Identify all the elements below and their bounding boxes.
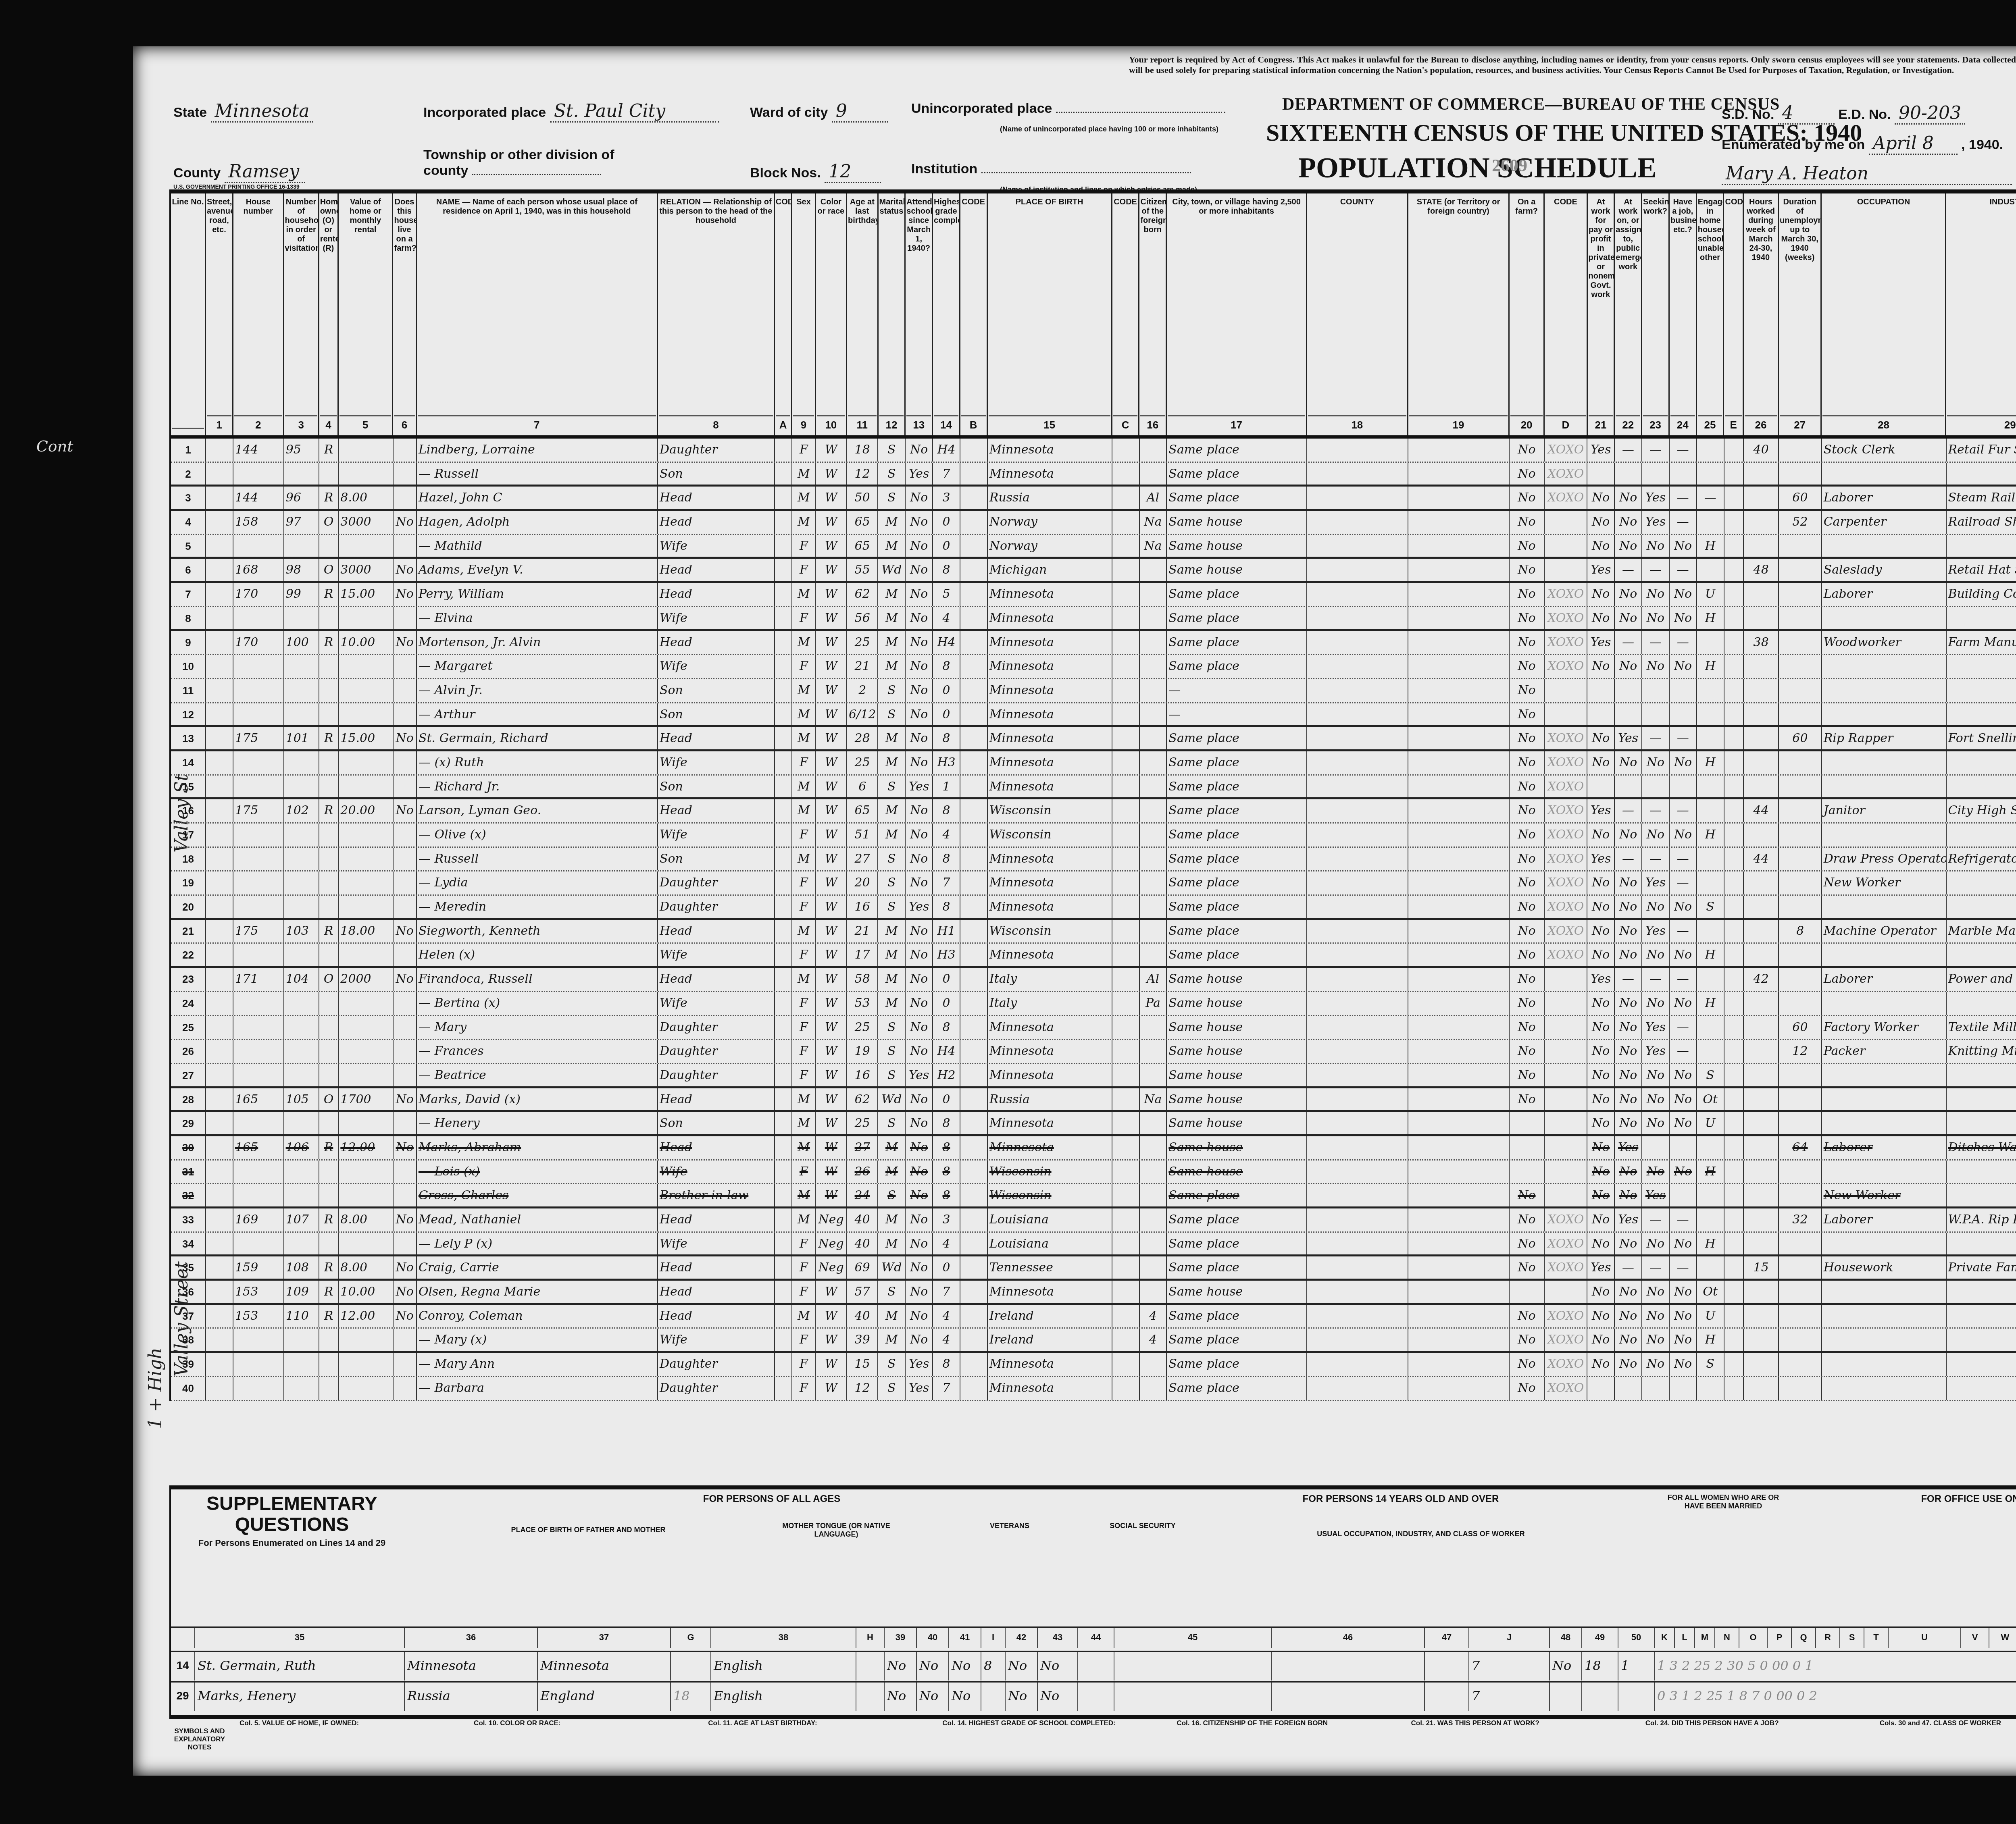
- cell-w21[interactable]: No: [1587, 1040, 1615, 1063]
- cell-w25[interactable]: [1697, 848, 1724, 871]
- cell-marital[interactable]: M: [878, 1233, 906, 1255]
- cell-w21[interactable]: No: [1587, 992, 1615, 1015]
- cell-w21[interactable]: No: [1587, 1329, 1615, 1351]
- cell-unemp[interactable]: [1779, 968, 1822, 991]
- cell-farm[interactable]: [394, 535, 417, 557]
- supp-cell-m48[interactable]: [1550, 1683, 1582, 1711]
- cell-birth[interactable]: Russia: [988, 1088, 1112, 1111]
- cell-race[interactable]: W: [816, 727, 847, 749]
- cell-hh[interactable]: 95: [284, 439, 319, 462]
- cell-res-farm[interactable]: No: [1510, 1064, 1545, 1086]
- cell-b[interactable]: [960, 679, 988, 702]
- cell-marital[interactable]: M: [878, 631, 906, 654]
- cell-w24[interactable]: —: [1670, 968, 1697, 991]
- cell-b[interactable]: [960, 992, 988, 1015]
- cell-name[interactable]: — Lydia: [417, 871, 658, 894]
- cell-cit[interactable]: [1140, 679, 1167, 702]
- cell-w24[interactable]: No: [1670, 1112, 1697, 1134]
- cell-grade[interactable]: 8: [933, 1184, 960, 1206]
- cell-w22[interactable]: No: [1615, 871, 1642, 894]
- cell-race[interactable]: W: [816, 679, 847, 702]
- cell-c[interactable]: [1112, 848, 1140, 871]
- cell-unemp[interactable]: [1779, 1064, 1822, 1086]
- cell-sex[interactable]: F: [792, 1064, 816, 1086]
- cell-industry[interactable]: [1947, 896, 2016, 918]
- cell-name[interactable]: — Elvina: [417, 607, 658, 629]
- cell-cit[interactable]: [1140, 727, 1167, 749]
- cell-value[interactable]: [339, 992, 393, 1015]
- cell-marital[interactable]: M: [878, 1161, 906, 1183]
- cell-w22[interactable]: No: [1615, 1353, 1642, 1376]
- cell-birth[interactable]: Minnesota: [988, 1136, 1112, 1159]
- cell-w25[interactable]: H: [1697, 944, 1724, 966]
- cell-w21[interactable]: No: [1587, 655, 1615, 678]
- cell-b[interactable]: [960, 1088, 988, 1111]
- cell-marital[interactable]: M: [878, 535, 906, 557]
- cell-value[interactable]: 1700: [339, 1088, 393, 1111]
- cell-c[interactable]: [1112, 583, 1140, 606]
- cell-race[interactable]: W: [816, 1136, 847, 1159]
- cell-res-farm[interactable]: No: [1510, 968, 1545, 991]
- cell-w24[interactable]: No: [1670, 655, 1697, 678]
- cell-d[interactable]: XOXO: [1545, 824, 1587, 846]
- cell-industry[interactable]: Railroad Shops: [1947, 511, 2016, 534]
- cell-farm[interactable]: No: [394, 1305, 417, 1328]
- cell-c[interactable]: [1112, 511, 1140, 534]
- cell-res-farm[interactable]: No: [1510, 1088, 1545, 1111]
- cell-c[interactable]: [1112, 487, 1140, 509]
- supp-cell-s42[interactable]: No: [1006, 1683, 1038, 1711]
- cell-own[interactable]: R: [319, 439, 339, 462]
- cell-w25[interactable]: [1697, 1208, 1724, 1231]
- cell-d[interactable]: [1545, 511, 1587, 534]
- cell-res-state[interactable]: [1408, 1208, 1510, 1231]
- cell-res-city[interactable]: Same place: [1167, 920, 1307, 943]
- cell-c[interactable]: [1112, 992, 1140, 1015]
- cell-value[interactable]: 15.00: [339, 727, 393, 749]
- cell-school[interactable]: No: [906, 944, 933, 966]
- cell-res-county[interactable]: [1307, 1208, 1408, 1231]
- cell-hours[interactable]: [1744, 824, 1779, 846]
- cell-a[interactable]: [775, 1329, 793, 1351]
- cell-res-city[interactable]: Same house: [1167, 1136, 1307, 1159]
- cell-hours[interactable]: [1744, 751, 1779, 774]
- cell-cit[interactable]: [1140, 1353, 1167, 1376]
- cell-farm[interactable]: [394, 487, 417, 509]
- cell-w22[interactable]: —: [1615, 968, 1642, 991]
- cell-d[interactable]: [1545, 968, 1587, 991]
- cell-unemp[interactable]: [1779, 703, 1822, 726]
- cell-res-state[interactable]: [1408, 968, 1510, 991]
- cell-b[interactable]: [960, 607, 988, 629]
- cell-farm[interactable]: [394, 751, 417, 774]
- cell-e[interactable]: [1724, 1377, 1744, 1400]
- cell-unemp[interactable]: [1779, 1233, 1822, 1255]
- cell-hours[interactable]: [1744, 1329, 1779, 1351]
- cell-d[interactable]: XOXO: [1545, 1329, 1587, 1351]
- cell-own[interactable]: [319, 1377, 339, 1400]
- cell-w23[interactable]: —: [1642, 848, 1670, 871]
- cell-house[interactable]: 168: [233, 559, 284, 581]
- cell-c[interactable]: [1112, 1040, 1140, 1063]
- cell-own[interactable]: [319, 463, 339, 485]
- cell-w22[interactable]: [1615, 1377, 1642, 1400]
- cell-marital[interactable]: S: [878, 1016, 906, 1039]
- cell-house[interactable]: 165: [233, 1136, 284, 1159]
- cell-res-state[interactable]: [1408, 1088, 1510, 1111]
- cell-e[interactable]: [1724, 1088, 1744, 1111]
- enumerated-date-value[interactable]: April 8: [1869, 133, 1958, 155]
- cell-hours[interactable]: [1744, 920, 1779, 943]
- cell-name[interactable]: — Henery: [417, 1112, 658, 1134]
- cell-hours[interactable]: 15: [1744, 1256, 1779, 1279]
- cell-w25[interactable]: H: [1697, 535, 1724, 557]
- cell-b[interactable]: [960, 968, 988, 991]
- cell-school[interactable]: No: [906, 1016, 933, 1039]
- cell-c[interactable]: [1112, 1305, 1140, 1328]
- cell-d[interactable]: [1545, 1136, 1587, 1159]
- cell-w24[interactable]: [1670, 776, 1697, 798]
- cell-a[interactable]: [775, 1064, 793, 1086]
- cell-unemp[interactable]: [1779, 848, 1822, 871]
- supp-cell-m48[interactable]: No: [1550, 1652, 1582, 1680]
- cell-grade[interactable]: 5: [933, 583, 960, 606]
- cell-house[interactable]: [233, 944, 284, 966]
- cell-house[interactable]: [233, 703, 284, 726]
- cell-res-state[interactable]: [1408, 751, 1510, 774]
- cell-grade[interactable]: 7: [933, 463, 960, 485]
- cell-race[interactable]: W: [816, 487, 847, 509]
- cell-school[interactable]: No: [906, 583, 933, 606]
- cell-name[interactable]: — Beatrice: [417, 1064, 658, 1086]
- cell-age[interactable]: 62: [847, 583, 878, 606]
- cell-occupation[interactable]: [1822, 1353, 1947, 1376]
- cell-street[interactable]: [206, 896, 233, 918]
- cell-street[interactable]: [206, 1281, 233, 1303]
- cell-school[interactable]: No: [906, 727, 933, 749]
- cell-a[interactable]: [775, 1377, 793, 1400]
- cell-cit[interactable]: [1140, 1256, 1167, 1279]
- cell-age[interactable]: 17: [847, 944, 878, 966]
- state-value[interactable]: Minnesota: [211, 101, 314, 123]
- cell-d[interactable]: [1545, 1112, 1587, 1134]
- cell-school[interactable]: Yes: [906, 776, 933, 798]
- cell-c[interactable]: [1112, 703, 1140, 726]
- cell-c[interactable]: [1112, 1136, 1140, 1159]
- cell-w22[interactable]: No: [1615, 583, 1642, 606]
- cell-street[interactable]: [206, 1233, 233, 1255]
- cell-res-state[interactable]: [1408, 776, 1510, 798]
- cell-c[interactable]: [1112, 1112, 1140, 1134]
- cell-res-city[interactable]: Same place: [1167, 655, 1307, 678]
- cell-own[interactable]: [319, 1064, 339, 1086]
- cell-unemp[interactable]: [1779, 607, 1822, 629]
- cell-w23[interactable]: —: [1642, 727, 1670, 749]
- supp-cell-occ45[interactable]: [1114, 1652, 1272, 1680]
- cell-own[interactable]: R: [319, 799, 339, 822]
- cell-c[interactable]: [1112, 1161, 1140, 1183]
- cell-race[interactable]: W: [816, 1329, 847, 1351]
- cell-w21[interactable]: [1587, 1377, 1615, 1400]
- cell-w22[interactable]: No: [1615, 751, 1642, 774]
- cell-res-city[interactable]: Same place: [1167, 1208, 1307, 1231]
- cell-street[interactable]: [206, 799, 233, 822]
- cell-w23[interactable]: No: [1642, 751, 1670, 774]
- cell-street[interactable]: [206, 511, 233, 534]
- cell-relation[interactable]: Daughter: [658, 1353, 775, 1376]
- cell-unemp[interactable]: 64: [1779, 1136, 1822, 1159]
- cell-value[interactable]: 8.00: [339, 487, 393, 509]
- cell-w24[interactable]: —: [1670, 1016, 1697, 1039]
- cell-marital[interactable]: M: [878, 824, 906, 846]
- cell-name[interactable]: Adams, Evelyn V.: [417, 559, 658, 581]
- cell-industry[interactable]: Retail Hat Store: [1947, 559, 2016, 581]
- cell-grade[interactable]: 8: [933, 559, 960, 581]
- cell-birth[interactable]: Norway: [988, 535, 1112, 557]
- cell-d[interactable]: XOXO: [1545, 871, 1587, 894]
- cell-sex[interactable]: M: [792, 920, 816, 943]
- cell-industry[interactable]: [1947, 703, 2016, 726]
- cell-marital[interactable]: Wd: [878, 559, 906, 581]
- cell-unemp[interactable]: [1779, 776, 1822, 798]
- cell-cit[interactable]: [1140, 848, 1167, 871]
- cell-own[interactable]: R: [319, 631, 339, 654]
- cell-res-state[interactable]: [1408, 1305, 1510, 1328]
- cell-b[interactable]: [960, 535, 988, 557]
- cell-birth[interactable]: Minnesota: [988, 776, 1112, 798]
- cell-res-county[interactable]: [1307, 776, 1408, 798]
- cell-industry[interactable]: Steam Railroad: [1947, 487, 2016, 509]
- cell-age[interactable]: 20: [847, 871, 878, 894]
- cell-res-county[interactable]: [1307, 511, 1408, 534]
- cell-marital[interactable]: M: [878, 1329, 906, 1351]
- cell-res-city[interactable]: —: [1167, 703, 1307, 726]
- cell-relation[interactable]: Brother-in-law: [658, 1184, 775, 1206]
- cell-c[interactable]: [1112, 727, 1140, 749]
- cell-w23[interactable]: Yes: [1642, 871, 1670, 894]
- cell-relation[interactable]: Wife: [658, 1329, 775, 1351]
- cell-c[interactable]: [1112, 679, 1140, 702]
- cell-res-county[interactable]: [1307, 1329, 1408, 1351]
- cell-sex[interactable]: M: [792, 583, 816, 606]
- cell-w25[interactable]: U: [1697, 583, 1724, 606]
- cell-race[interactable]: W: [816, 968, 847, 991]
- cell-d[interactable]: [1545, 703, 1587, 726]
- cell-age[interactable]: 62: [847, 1088, 878, 1111]
- cell-relation[interactable]: Wife: [658, 824, 775, 846]
- cell-res-county[interactable]: [1307, 727, 1408, 749]
- cell-a[interactable]: [775, 511, 793, 534]
- cell-race[interactable]: Neg: [816, 1256, 847, 1279]
- cell-value[interactable]: 15.00: [339, 583, 393, 606]
- cell-grade[interactable]: H4: [933, 1040, 960, 1063]
- cell-res-county[interactable]: [1307, 655, 1408, 678]
- cell-w21[interactable]: No: [1587, 1064, 1615, 1086]
- cell-race[interactable]: Neg: [816, 1233, 847, 1255]
- institution-value[interactable]: [981, 172, 1191, 173]
- cell-farm[interactable]: [394, 871, 417, 894]
- cell-sex[interactable]: M: [792, 1305, 816, 1328]
- cell-res-state[interactable]: [1408, 535, 1510, 557]
- cell-w21[interactable]: No: [1587, 1233, 1615, 1255]
- cell-res-county[interactable]: [1307, 463, 1408, 485]
- cell-e[interactable]: [1724, 1184, 1744, 1206]
- cell-res-city[interactable]: Same place: [1167, 751, 1307, 774]
- cell-birth[interactable]: Minnesota: [988, 727, 1112, 749]
- cell-name[interactable]: Craig, Carrie: [417, 1256, 658, 1279]
- cell-w21[interactable]: No: [1587, 1112, 1615, 1134]
- cell-own[interactable]: R: [319, 583, 339, 606]
- cell-w21[interactable]: No: [1587, 535, 1615, 557]
- cell-res-county[interactable]: [1307, 631, 1408, 654]
- cell-res-state[interactable]: [1408, 1377, 1510, 1400]
- cell-industry[interactable]: Knitting Mills: [1947, 1040, 2016, 1063]
- cell-hours[interactable]: [1744, 1064, 1779, 1086]
- cell-w22[interactable]: Yes: [1615, 727, 1642, 749]
- cell-res-farm[interactable]: No: [1510, 727, 1545, 749]
- supp-cell-s43[interactable]: No: [1038, 1683, 1078, 1711]
- cell-farm[interactable]: [394, 679, 417, 702]
- cell-grade[interactable]: 8: [933, 1353, 960, 1376]
- cell-occupation[interactable]: [1822, 535, 1947, 557]
- cell-a[interactable]: [775, 1112, 793, 1134]
- cell-e[interactable]: [1724, 1112, 1744, 1134]
- cell-a[interactable]: [775, 583, 793, 606]
- cell-cit[interactable]: [1140, 703, 1167, 726]
- cell-race[interactable]: W: [816, 703, 847, 726]
- unincorporated-place-value[interactable]: [1056, 112, 1225, 113]
- cell-street[interactable]: [206, 1256, 233, 1279]
- cell-sex[interactable]: F: [792, 535, 816, 557]
- cell-street[interactable]: [206, 439, 233, 462]
- cell-e[interactable]: [1724, 727, 1744, 749]
- cell-w24[interactable]: [1670, 679, 1697, 702]
- cell-w22[interactable]: [1615, 463, 1642, 485]
- cell-age[interactable]: 58: [847, 968, 878, 991]
- cell-res-city[interactable]: Same place: [1167, 1329, 1307, 1351]
- cell-house[interactable]: [233, 1064, 284, 1086]
- cell-value[interactable]: [339, 848, 393, 871]
- cell-occupation[interactable]: Janitor: [1822, 799, 1947, 822]
- ed-value[interactable]: 90-203: [1895, 103, 1965, 125]
- cell-w25[interactable]: H: [1697, 655, 1724, 678]
- cell-industry[interactable]: [1947, 776, 2016, 798]
- supp-cell-name[interactable]: Marks, Henery: [195, 1683, 405, 1711]
- cell-school[interactable]: No: [906, 1088, 933, 1111]
- cell-race[interactable]: W: [816, 1161, 847, 1183]
- cell-unemp[interactable]: [1779, 1305, 1822, 1328]
- cell-w25[interactable]: H: [1697, 607, 1724, 629]
- cell-school[interactable]: No: [906, 799, 933, 822]
- cell-sex[interactable]: M: [792, 727, 816, 749]
- cell-e[interactable]: [1724, 848, 1744, 871]
- cell-grade[interactable]: H4: [933, 631, 960, 654]
- cell-house[interactable]: [233, 1353, 284, 1376]
- cell-value[interactable]: 2000: [339, 968, 393, 991]
- cell-w21[interactable]: No: [1587, 1088, 1615, 1111]
- cell-own[interactable]: [319, 871, 339, 894]
- cell-res-state[interactable]: [1408, 1353, 1510, 1376]
- cell-w21[interactable]: No: [1587, 1305, 1615, 1328]
- cell-occupation[interactable]: Laborer: [1822, 583, 1947, 606]
- cell-street[interactable]: [206, 776, 233, 798]
- cell-hours[interactable]: [1744, 1040, 1779, 1063]
- cell-w22[interactable]: No: [1615, 1184, 1642, 1206]
- cell-race[interactable]: W: [816, 559, 847, 581]
- cell-res-state[interactable]: [1408, 703, 1510, 726]
- cell-w25[interactable]: [1697, 799, 1724, 822]
- cell-e[interactable]: [1724, 751, 1744, 774]
- cell-street[interactable]: [206, 944, 233, 966]
- cell-birth[interactable]: Wisconsin: [988, 824, 1112, 846]
- cell-res-city[interactable]: Same place: [1167, 776, 1307, 798]
- cell-res-city[interactable]: Same house: [1167, 511, 1307, 534]
- cell-relation[interactable]: Daughter: [658, 1016, 775, 1039]
- cell-w25[interactable]: [1697, 1040, 1724, 1063]
- cell-w23[interactable]: [1642, 679, 1670, 702]
- cell-a[interactable]: [775, 1233, 793, 1255]
- supp-cell-father[interactable]: Minnesota: [405, 1652, 538, 1680]
- cell-grade[interactable]: 7: [933, 1281, 960, 1303]
- cell-industry[interactable]: [1947, 1161, 2016, 1183]
- cell-unemp[interactable]: [1779, 439, 1822, 462]
- cell-w22[interactable]: [1615, 703, 1642, 726]
- cell-school[interactable]: No: [906, 920, 933, 943]
- cell-w23[interactable]: No: [1642, 1064, 1670, 1086]
- supp-cell-j[interactable]: 7: [1469, 1652, 1550, 1680]
- cell-hours[interactable]: 40: [1744, 439, 1779, 462]
- cell-d[interactable]: XOXO: [1545, 1377, 1587, 1400]
- cell-occupation[interactable]: Packer: [1822, 1040, 1947, 1063]
- cell-grade[interactable]: 4: [933, 607, 960, 629]
- cell-b[interactable]: [960, 1329, 988, 1351]
- cell-house[interactable]: [233, 1040, 284, 1063]
- cell-occupation[interactable]: [1822, 1112, 1947, 1134]
- cell-w25[interactable]: [1697, 871, 1724, 894]
- cell-a[interactable]: [775, 679, 793, 702]
- cell-w21[interactable]: Yes: [1587, 559, 1615, 581]
- cell-industry[interactable]: Marble Manufacturer: [1947, 920, 2016, 943]
- cell-w25[interactable]: H: [1697, 1329, 1724, 1351]
- cell-w25[interactable]: [1697, 1016, 1724, 1039]
- cell-house[interactable]: [233, 751, 284, 774]
- cell-w24[interactable]: No: [1670, 1161, 1697, 1183]
- cell-res-farm[interactable]: [1510, 1112, 1545, 1134]
- cell-occupation[interactable]: [1822, 703, 1947, 726]
- cell-w21[interactable]: No: [1587, 511, 1615, 534]
- cell-marital[interactable]: M: [878, 968, 906, 991]
- cell-w22[interactable]: No: [1615, 824, 1642, 846]
- cell-age[interactable]: 25: [847, 751, 878, 774]
- cell-marital[interactable]: M: [878, 992, 906, 1015]
- cell-e[interactable]: [1724, 776, 1744, 798]
- cell-marital[interactable]: M: [878, 1208, 906, 1231]
- cell-e[interactable]: [1724, 824, 1744, 846]
- supp-cell-g[interactable]: [671, 1652, 711, 1680]
- cell-w22[interactable]: No: [1615, 655, 1642, 678]
- cell-c[interactable]: [1112, 896, 1140, 918]
- cell-hh[interactable]: 102: [284, 799, 319, 822]
- cell-hh[interactable]: [284, 1016, 319, 1039]
- cell-res-farm[interactable]: No: [1510, 992, 1545, 1015]
- cell-cit[interactable]: Na: [1140, 1088, 1167, 1111]
- cell-res-state[interactable]: [1408, 1064, 1510, 1086]
- cell-b[interactable]: [960, 776, 988, 798]
- cell-school[interactable]: No: [906, 679, 933, 702]
- cell-a[interactable]: [775, 824, 793, 846]
- cell-school[interactable]: No: [906, 992, 933, 1015]
- cell-w24[interactable]: No: [1670, 1281, 1697, 1303]
